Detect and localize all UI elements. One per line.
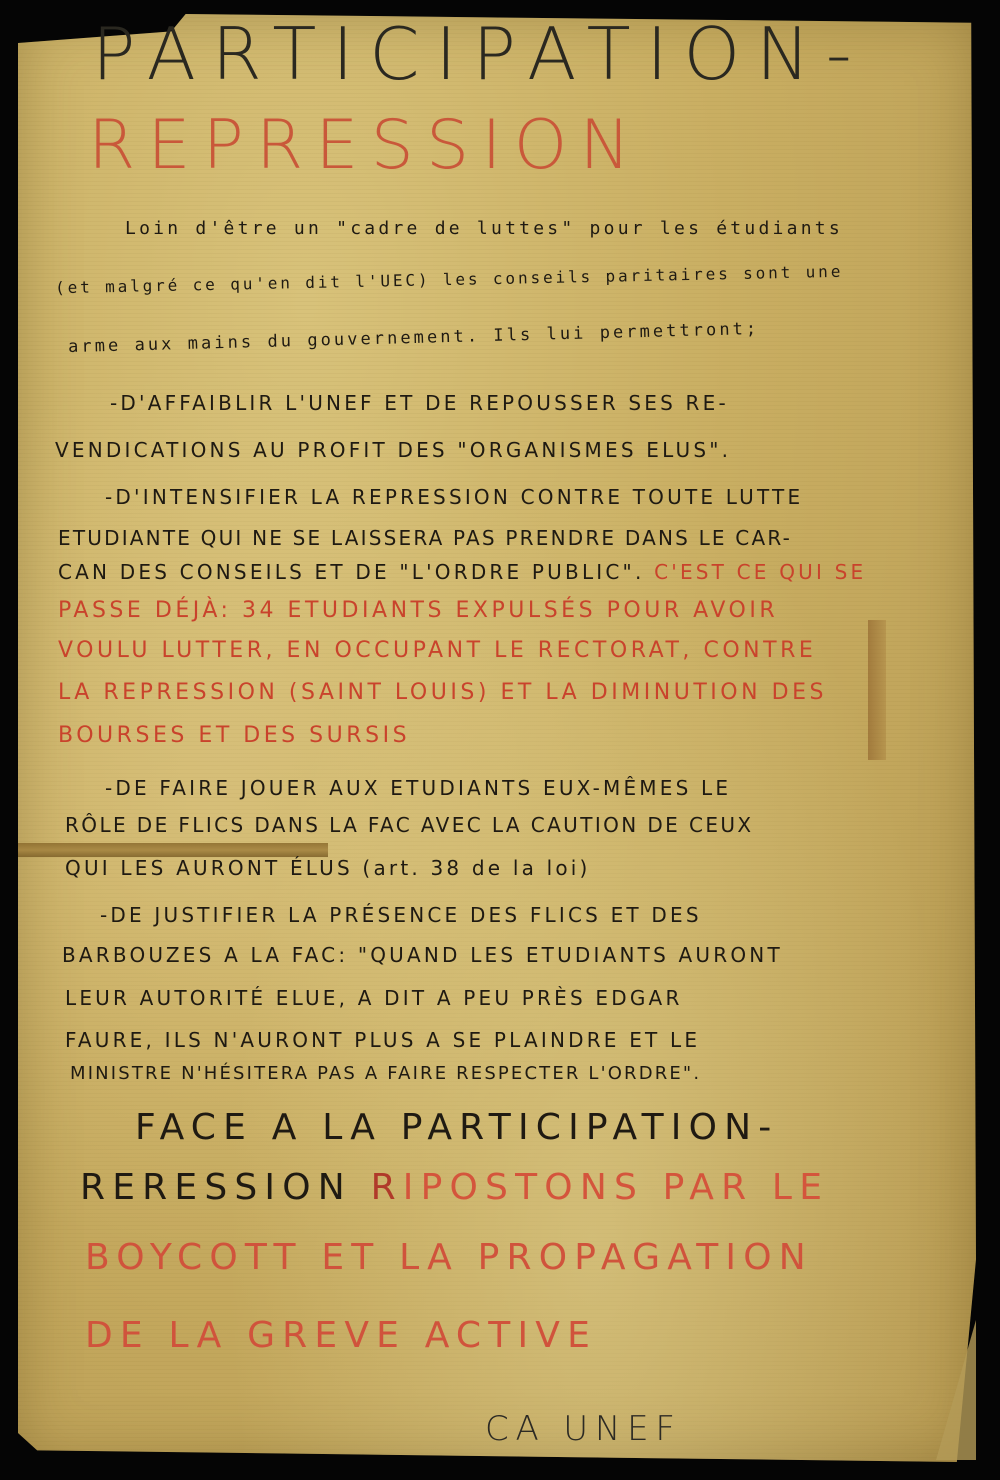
conclusion-line-4: DE LA GREVE ACTIVE [85,1318,597,1354]
point-3-line-1: -DE FAIRE JOUER AUX ETUDIANTS EUX-MÊMES … [105,778,731,798]
point-2-red-line-3: LA REPRESSION (SAINT LOUIS) ET LA DIMINU… [58,682,827,704]
conclusion-line-3: BOYCOTT ET LA PROPAGATION [85,1240,813,1276]
point-1-line-1: -D'AFFAIBLIR L'UNEF ET DE REPOUSSER SES … [110,393,729,413]
signature: CA UNEF [485,1412,682,1446]
conclusion-line-2: RERESSION RIPOSTONS PAR LE [80,1170,829,1206]
point-1-line-2: VENDICATIONS AU PROFIT DES "ORGANISMES E… [55,440,731,460]
conclusion-black-word: RERESSION [80,1167,352,1208]
poster-title-participation: PARTICIPATION- [92,18,852,90]
title-word: PARTICIPATION [92,12,826,96]
conclusion-red-r: R [371,1167,403,1208]
point-4-line-2: BARBOUZES A LA FAC: "QUAND LES ETUDIANTS… [62,945,783,965]
point-3-line-2: RÔLE DE FLICS DANS LA FAC AVEC LA CAUTIO… [65,815,754,835]
point-2-line-3: CAN DES CONSEILS ET DE "L'ORDRE PUBLIC".… [58,562,866,582]
tape-strip [18,843,328,857]
stain-mark [868,620,886,760]
conclusion-line-1: FACE A LA PARTICIPATION- [135,1110,778,1146]
point-2-red-line-2: VOULU LUTTER, EN OCCUPANT LE RECTORAT, C… [58,640,816,662]
point-2-black-text: CAN DES CONSEILS ET DE "L'ORDRE PUBLIC". [58,560,645,584]
point-2-line-1: -D'INTENSIFIER LA REPRESSION CONTRE TOUT… [105,487,803,507]
point-2-red-line-4: BOURSES ET DES SURSIS [58,725,410,747]
point-2-red-inline: C'EST CE QUI SE [654,560,866,584]
intro-line-1: Loin d'être un "cadre de luttes" pour le… [125,220,843,238]
point-2-line-2: ETUDIANTE QUI NE SE LAISSERA PAS PRENDRE… [58,528,792,548]
point-4-line-5: MINISTRE N'HÉSITERA PAS A FAIRE RESPECTE… [70,1065,701,1083]
point-3-line-3: QUI LES AURONT ÉLUS (art. 38 de la loi) [65,858,591,878]
point-2-red-line-1: PASSE DÉJÀ: 34 ETUDIANTS EXPULSÉS POUR A… [58,600,778,622]
conclusion-red-text: IPOSTONS PAR LE [403,1167,829,1208]
point-4-line-1: -DE JUSTIFIER LA PRÉSENCE DES FLICS ET D… [100,905,702,925]
point-4-line-3: LEUR AUTORITÉ ELUE, A DIT A PEU PRÈS EDG… [65,988,683,1008]
point-4-line-4: FAURE, ILS N'AURONT PLUS A SE PLAINDRE E… [65,1030,700,1050]
title-dash: - [826,12,852,96]
poster-title-repression: REPRESSION [88,112,643,180]
